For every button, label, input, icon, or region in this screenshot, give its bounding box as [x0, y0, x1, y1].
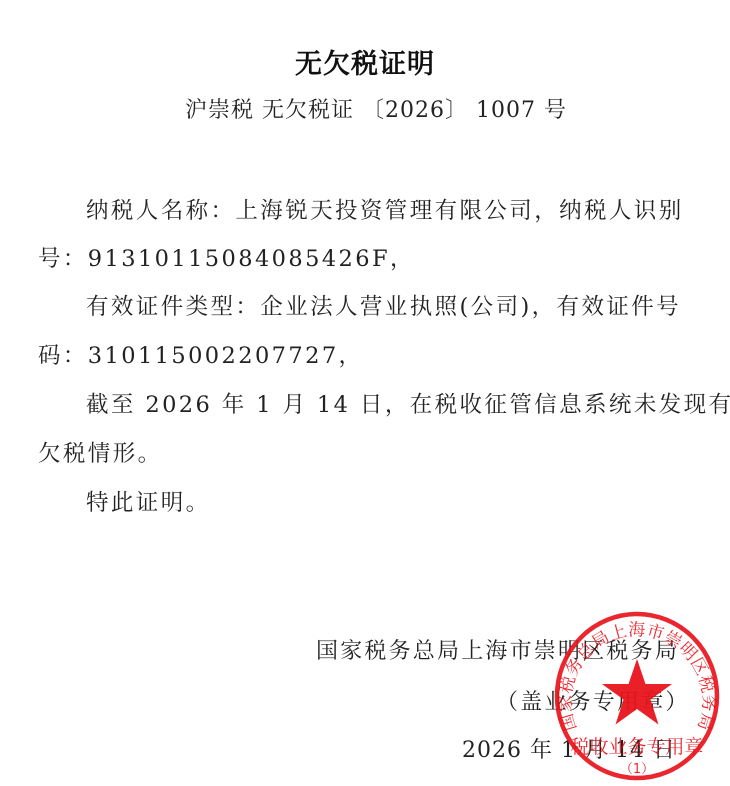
issue-date: 2026 年 1 月 14 日 [462, 733, 676, 764]
seal-note: （盖业务专用章） [496, 685, 690, 716]
certificate-title: 无欠税证明 [0, 42, 730, 81]
closing-line: 特此证明。 [86, 485, 211, 517]
cert-number-line: 码：310115002207727， [38, 338, 363, 370]
taxpayer-id-line: 号：91310115084085426F， [38, 241, 415, 273]
issuer-name: 国家税务总局上海市崇明区税务局 [316, 634, 679, 665]
seal-number: （1） [620, 762, 654, 777]
taxpayer-name-line: 纳税人名称：上海锐天投资管理有限公司，纳税人识别 [86, 193, 684, 225]
document-number: 沪崇税 无欠税证 〔2026〕 1007 号 [185, 93, 567, 124]
no-arrears-line: 欠税情形。 [38, 436, 163, 468]
cert-type-line: 有效证件类型：企业法人营业执照(公司)，有效证件号 [86, 289, 681, 321]
as-of-date-line: 截至 2026 年 1 月 14 日，在税收征管信息系统未发现有 [86, 387, 730, 419]
